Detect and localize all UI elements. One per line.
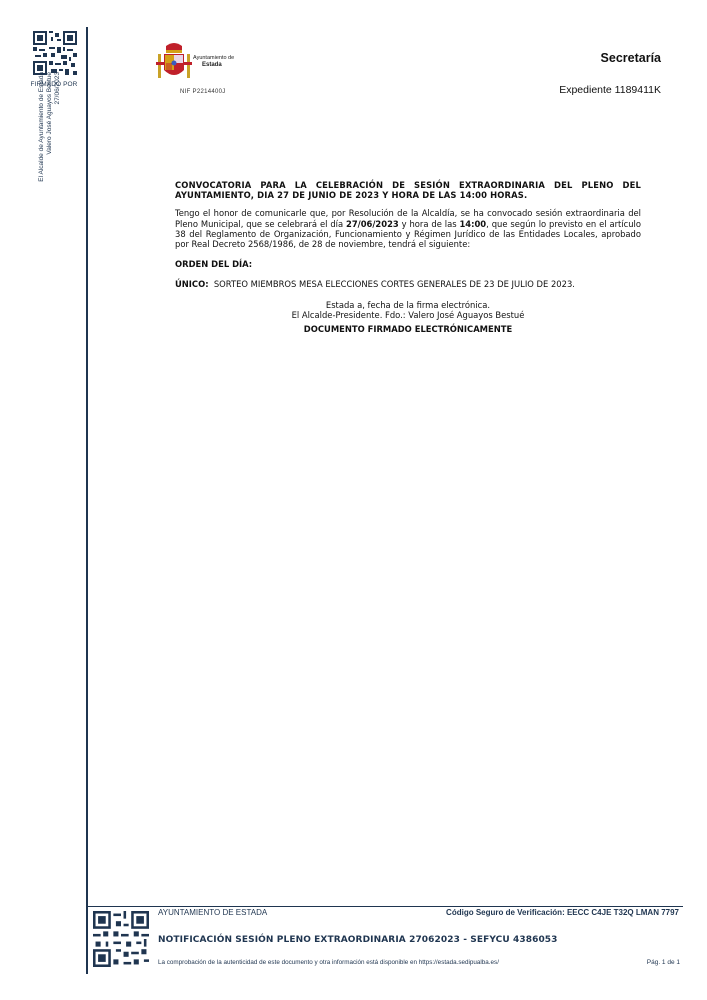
signature-strip: FIRMADO POR El Alcalde de Ayuntamiento d… <box>0 0 86 1000</box>
electronic-signature-notice: DOCUMENTO FIRMADO ELECTRÓNICAMENTE <box>175 324 641 334</box>
agenda-heading: ORDEN DEL DÍA: <box>175 259 641 269</box>
sign-place-date: Estada a, fecha de la firma electrónica. <box>175 300 641 310</box>
verification-code: Código Seguro de Verificación: EECC C4JE… <box>446 908 679 917</box>
logo-text: Ayuntamiento de Estada <box>193 55 234 69</box>
nif-number: NIF P2214400J <box>180 89 226 95</box>
intro-paragraph: Tengo el honor de comunicarle que, por R… <box>175 208 641 249</box>
signer-date: 27/06/2023 <box>54 72 62 232</box>
para-text-2: y hora de las <box>399 219 460 229</box>
qr-code-icon <box>33 31 77 75</box>
signer-info: El Alcalde de Ayuntamiento de Estada Val… <box>38 72 62 232</box>
footer-qr-code-icon <box>93 911 149 967</box>
signer-line-1: El Alcalde de Ayuntamiento de Estada <box>38 72 46 232</box>
logo-line-1: Ayuntamiento de <box>193 55 234 61</box>
agenda-item-text: SORTEO MIEMBROS MESA ELECCIONES CORTES G… <box>209 279 575 289</box>
document-title: CONVOCATORIA PARA LA CELEBRACIÓN DE SESI… <box>175 180 641 200</box>
sign-signatory: El Alcalde-Presidente. Fdo.: Valero José… <box>175 310 641 320</box>
logo-line-2: Estada <box>193 62 234 69</box>
department-title: Secretaría <box>601 51 661 65</box>
session-time: 14:00 <box>459 219 486 229</box>
footer-divider <box>86 906 683 907</box>
footer-document-title: NOTIFICACIÓN SESIÓN PLENO EXTRAORDINARIA… <box>158 935 558 945</box>
signer-line-2: Valero José Aguayos Bestué <box>46 72 54 232</box>
session-date: 27/06/2023 <box>346 219 399 229</box>
document-body: CONVOCATORIA PARA LA CELEBRACIÓN DE SESI… <box>175 180 641 343</box>
file-number: Expediente 1189411K <box>559 84 661 96</box>
footer-organization: AYUNTAMIENTO DE ESTADA <box>158 908 267 917</box>
verification-note: La comprobación de la autenticidad de es… <box>158 959 499 966</box>
margin-line <box>86 27 88 974</box>
agenda-item: ÚNICO: SORTEO MIEMBROS MESA ELECCIONES C… <box>175 279 641 289</box>
agenda-item-label: ÚNICO: <box>175 279 209 289</box>
coat-of-arms-icon <box>156 42 192 84</box>
page-number: Pág. 1 de 1 <box>647 959 680 966</box>
municipality-logo: Ayuntamiento de Estada <box>156 42 256 84</box>
